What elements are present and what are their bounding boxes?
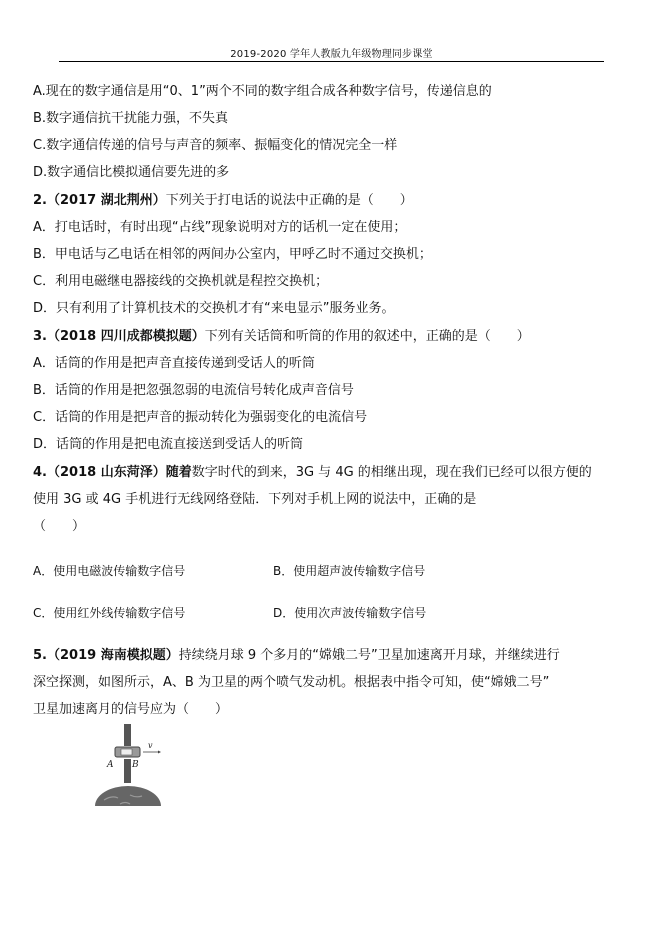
q2-option-d: D．只有利用了计算机技术的交换机才有“来电显示”服务业务。 — [33, 301, 394, 317]
q4-stem-line2: 使用 3G 或 4G 手机进行无线网络登陆．下列对手机上网的说法中，正确的是 — [33, 492, 476, 508]
q5-stem-line1: 5.（2019 海南模拟题）持续绕月球 9 个多月的“嫦娥二号”卫星加速离开月球… — [33, 648, 560, 664]
q1-option-a: A.现在的数字通信是用“0、1”两个不同的数字组合成各种数字信号，传递信息的 — [33, 84, 492, 100]
q3-option-c: C．话筒的作用是把声音的振动转化为强弱变化的电流信号 — [33, 410, 367, 426]
q5-stem-line3: 卫星加速离月的信号应为（ ） — [33, 702, 228, 718]
q2-option-b: B．甲电话与乙电话在相邻的两间办公室内，甲呼乙时不通过交换机； — [33, 247, 432, 263]
q4-tag: 4.（2018 山东菏泽）随着 — [33, 465, 192, 480]
engine-a-label: A — [106, 760, 114, 770]
header-divider — [59, 61, 604, 62]
q2-option-c: C．利用电磁继电器接线的交换机就是程控交换机； — [33, 274, 328, 290]
q4-option-b: B．使用超声波传输数字信号 — [273, 563, 425, 579]
engine-b-label: B — [131, 760, 139, 770]
q3-stem: 3.（2018 四川成都模拟题）下列有关话筒和听筒的作用的叙述中，正确的是（ ） — [33, 329, 530, 345]
q3-option-a: A．话筒的作用是把声音直接传递到受话人的听筒 — [33, 356, 315, 372]
satellite-over-moon-icon: v A B — [90, 720, 170, 810]
q2-tag: 2.（2017 湖北荆州） — [33, 193, 166, 208]
q4-stem-text-1: 数字时代的到来，3G 与 4G 的相继出现，现在我们已经可以很方便的 — [192, 465, 592, 480]
q3-stem-text: 下列有关话筒和听筒的作用的叙述中，正确的是（ ） — [205, 329, 530, 344]
q2-stem-text: 下列关于打电话的说法中正确的是（ ） — [166, 193, 413, 208]
q4-answer-blank: （ ） — [33, 519, 85, 535]
q5-tag: 5.（2019 海南模拟题） — [33, 648, 179, 663]
q4-options-row-1: A．使用电磁波传输数字信号 B．使用超声波传输数字信号 — [33, 563, 185, 579]
q3-option-d: D．话筒的作用是把电流直接送到受话人的听筒 — [33, 437, 303, 453]
q4-option-d: D．使用次声波传输数字信号 — [273, 605, 426, 621]
q4-stem-line1: 4.（2018 山东菏泽）随着数字时代的到来，3G 与 4G 的相继出现，现在我… — [33, 465, 592, 481]
q4-option-c: C．使用红外线传输数字信号 — [33, 606, 185, 620]
q2-option-a: A．打电话时，有时出现“占线”现象说明对方的话机一定在使用； — [33, 220, 406, 236]
q3-option-b: B．话筒的作用是把忽强忽弱的电流信号转化成声音信号 — [33, 383, 354, 399]
q2-stem: 2.（2017 湖北荆州）下列关于打电话的说法中正确的是（ ） — [33, 193, 413, 209]
q3-tag: 3.（2018 四川成都模拟题） — [33, 329, 205, 344]
q1-option-d: D.数字通信比模拟通信要先进的多 — [33, 165, 229, 181]
q1-option-c: C.数字通信传递的信号与声音的频率、振幅变化的情况完全一样 — [33, 138, 397, 154]
satellite-figure: v A B — [90, 720, 170, 810]
q4-option-a: A．使用电磁波传输数字信号 — [33, 564, 185, 578]
q5-stem-line2: 深空探测，如图所示，A、B 为卫星的两个喷气发动机。根据表中指令可知，使“嫦娥二… — [33, 675, 549, 691]
q1-option-b: B.数字通信抗干扰能力强，不失真 — [33, 111, 228, 127]
velocity-label: v — [148, 741, 153, 750]
page-header-title: 2019-2020 学年人教版九年级物理同步课堂 — [59, 45, 604, 60]
q4-options-row-2: C．使用红外线传输数字信号 D．使用次声波传输数字信号 — [33, 605, 185, 621]
q5-stem-text-1: 持续绕月球 9 个多月的“嫦娥二号”卫星加速离开月球，并继续进行 — [179, 648, 560, 663]
